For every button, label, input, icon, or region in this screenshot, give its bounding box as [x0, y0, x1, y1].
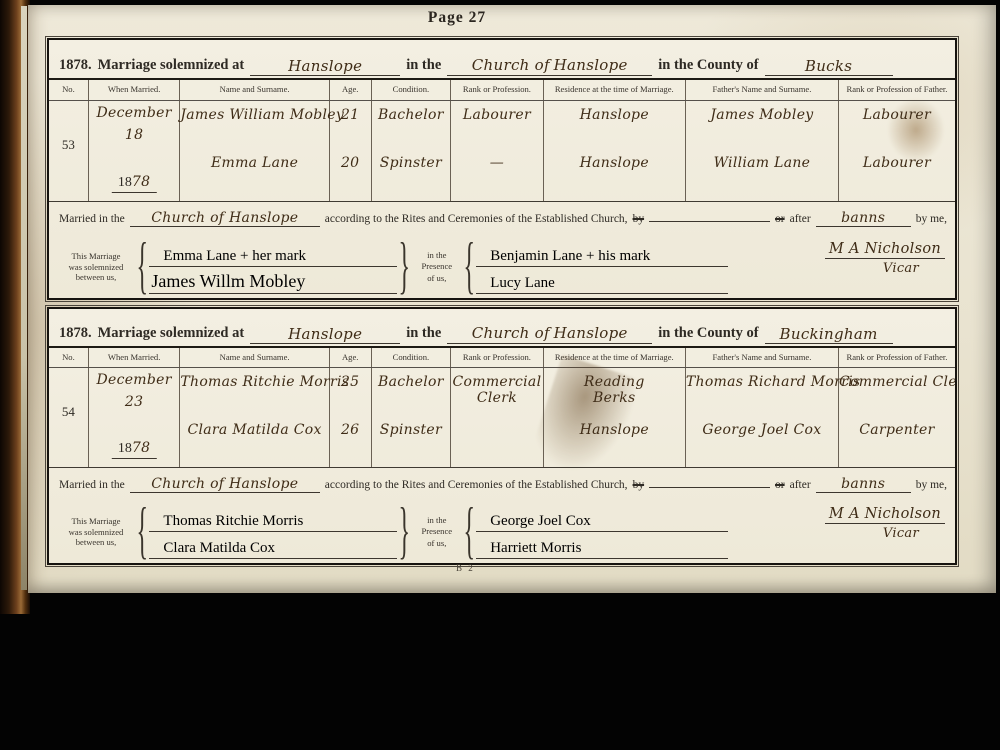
cell-conditions: Bachelor Spinster	[372, 101, 452, 201]
cell-no: 54	[49, 368, 89, 467]
column-header-no: No.	[49, 80, 89, 100]
signature-section: This Marriage was solemnized between us,…	[49, 238, 955, 298]
blank-line	[649, 474, 770, 488]
presence-label: in the Presence of us,	[412, 250, 462, 284]
year-label: 1878.	[59, 325, 92, 342]
register-header: 1878. Marriage solemnized at Hanslope in…	[49, 309, 955, 348]
cell-ages: 25 26	[330, 368, 372, 467]
cell-no: 53	[49, 101, 89, 201]
entry-row-54: 54 December 23 1878 Thomas Ritchie Morri…	[49, 368, 955, 468]
married-in-line: Married in the Church of Hanslope accord…	[49, 468, 955, 503]
marriage-record-53: 1878. Marriage solemnized at Hanslope in…	[45, 36, 959, 302]
cell-fathers: Thomas Richard Morris George Joel Cox	[686, 368, 839, 467]
column-header-no: No.	[49, 348, 89, 367]
witness-signature-1: George Joel Cox	[476, 505, 728, 532]
married-in-line: Married in the Church of Hanslope accord…	[49, 202, 955, 238]
column-header-condition: Condition.	[372, 80, 452, 100]
column-header-condition: Condition.	[372, 348, 452, 367]
officiant-signature: M A Nicholson Vicar	[745, 240, 945, 276]
column-header-profession: Rank or Profession.	[451, 80, 543, 100]
left-brace: {	[136, 496, 148, 565]
county-field: Bucks	[765, 57, 893, 76]
county-label: in the County of	[658, 325, 758, 342]
witness-signatures: George Joel Cox Harriett Morris	[476, 505, 728, 559]
right-brace: }	[399, 231, 411, 300]
officiant-signature: M A Nicholson Vicar	[745, 505, 945, 541]
solemnized-at-label: Marriage solemnized at	[98, 57, 245, 74]
column-headers: No. When Married. Name and Surname. Age.…	[49, 80, 955, 101]
married-in-field: Church of Hanslope	[130, 476, 320, 493]
cell-father-professions: Commercial Clerk Carpenter	[839, 368, 955, 467]
cell-residences: Reading Berks Hanslope	[544, 368, 686, 467]
marriage-record-54: 1878. Marriage solemnized at Hanslope in…	[45, 305, 959, 567]
register-header: 1878. Marriage solemnized at Hanslope in…	[49, 40, 955, 80]
by-word-struck: by	[633, 479, 645, 491]
this-marriage-label: This Marriage was solemnized between us,	[57, 516, 135, 548]
cell-names: Thomas Ritchie Morris Clara Matilda Cox	[180, 368, 329, 467]
bride-signature: Emma Lane + her mark	[149, 240, 397, 267]
column-header-age: Age.	[330, 80, 372, 100]
in-the-label: in the	[406, 325, 441, 342]
column-header-residence: Residence at the time of Marriage.	[544, 348, 686, 367]
record-frame: 1878. Marriage solemnized at Hanslope in…	[47, 307, 957, 565]
record-frame: 1878. Marriage solemnized at Hanslope in…	[47, 38, 957, 300]
witness-brace: {	[463, 231, 475, 300]
in-the-label: in the	[406, 57, 441, 74]
cell-names: James William Mobley Emma Lane	[180, 101, 329, 201]
church-field: Church of Hanslope	[447, 56, 652, 76]
witness-brace: {	[463, 496, 475, 565]
solemnized-at-label: Marriage solemnized at	[98, 325, 245, 342]
witness-signature-1: Benjamin Lane + his mark	[476, 240, 728, 267]
register-page: Page 27 1878. Marriage solemnized at Han…	[28, 5, 996, 593]
cell-residences: Hanslope Hanslope	[544, 101, 686, 201]
church-field: Church of Hanslope	[447, 324, 652, 344]
cell-fathers: James Mobley William Lane	[686, 101, 839, 201]
page-number: Page 27	[0, 9, 941, 27]
cell-father-professions: Labourer Labourer	[839, 101, 955, 201]
cell-ages: 21 20	[330, 101, 372, 201]
column-header-when-married: When Married.	[89, 80, 181, 100]
bride-signature: Clara Matilda Cox	[149, 532, 397, 559]
county-label: in the County of	[658, 57, 758, 74]
place-field: Hanslope	[250, 57, 400, 76]
couple-signatures: Thomas Ritchie Morris Clara Matilda Cox	[149, 505, 397, 559]
witness-signature-2: Harriett Morris	[476, 532, 728, 559]
couple-signatures: Emma Lane + her mark James Willm Mobley	[149, 240, 397, 294]
or-word-struck: or	[775, 213, 785, 225]
cell-when-married: December 18 1878	[89, 101, 181, 201]
column-header-name: Name and Surname.	[180, 348, 329, 367]
column-header-father: Father's Name and Surname.	[686, 80, 839, 100]
banns-field: banns	[816, 476, 911, 493]
year-field: 1878	[112, 440, 156, 459]
printers-mark: B 2	[456, 563, 475, 573]
column-header-profession: Rank or Profession.	[451, 348, 543, 367]
column-headers: No. When Married. Name and Surname. Age.…	[49, 348, 955, 368]
page-edge	[21, 6, 27, 590]
column-header-residence: Residence at the time of Marriage.	[544, 80, 686, 100]
banns-field: banns	[816, 210, 911, 227]
cell-professions: Labourer —	[451, 101, 543, 201]
entry-row-53: 53 December 18 1878 James William Mobley…	[49, 101, 955, 202]
groom-signature: James Willm Mobley	[149, 267, 397, 294]
groom-signature: Thomas Ritchie Morris	[149, 505, 397, 532]
column-header-father: Father's Name and Surname.	[686, 348, 839, 367]
by-word-struck: by	[633, 213, 645, 225]
column-header-when-married: When Married.	[89, 348, 181, 367]
presence-label: in the Presence of us,	[412, 515, 462, 549]
column-header-age: Age.	[330, 348, 372, 367]
married-in-field: Church of Hanslope	[130, 210, 320, 227]
year-field: 1878	[112, 174, 156, 193]
column-header-name: Name and Surname.	[180, 80, 329, 100]
witness-signatures: Benjamin Lane + his mark Lucy Lane	[476, 240, 728, 294]
signature-section: This Marriage was solemnized between us,…	[49, 503, 955, 563]
this-marriage-label: This Marriage was solemnized between us,	[57, 251, 135, 283]
or-word-struck: or	[775, 479, 785, 491]
cell-conditions: Bachelor Spinster	[372, 368, 452, 467]
year-label: 1878.	[59, 57, 92, 74]
place-field: Hanslope	[250, 325, 400, 344]
cell-professions: Commercial Clerk	[451, 368, 543, 467]
blank-line	[649, 208, 770, 222]
column-header-father-profession: Rank or Profession of Father.	[839, 80, 955, 100]
witness-signature-2: Lucy Lane	[476, 267, 728, 294]
right-brace: }	[399, 496, 411, 565]
cell-when-married: December 23 1878	[89, 368, 181, 467]
county-field: Buckingham	[765, 325, 893, 344]
left-brace: {	[136, 231, 148, 300]
column-header-father-profession: Rank or Profession of Father.	[839, 348, 955, 367]
